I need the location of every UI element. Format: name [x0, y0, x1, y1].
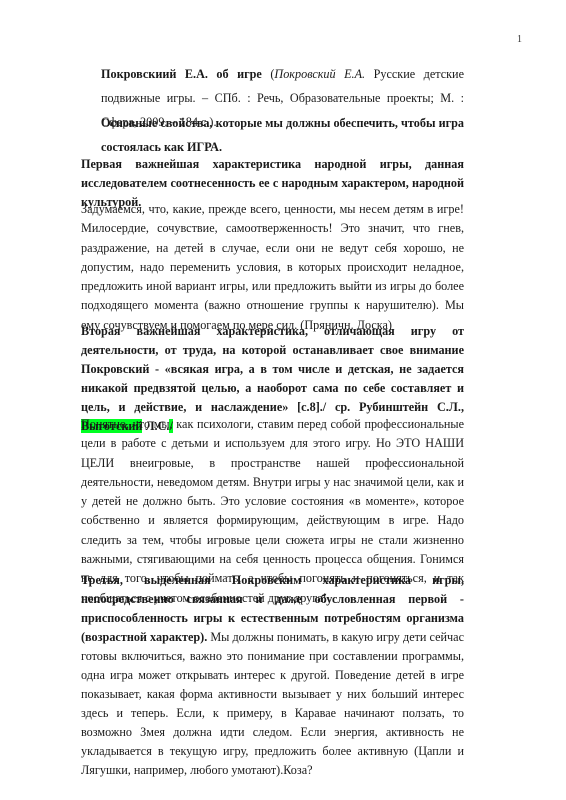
third-characteristic-text: Мы должны понимать, в какую игру дети се… — [81, 630, 464, 777]
bibliography-open: ( — [262, 67, 275, 81]
page-number: 1 — [517, 34, 522, 45]
bibliography-title: Покровскиий Е.А. об игре — [101, 67, 262, 81]
paragraph-third-characteristic: Третья, выделенная Покровским характерис… — [81, 571, 464, 780]
second-characteristic-text: Вторая важнейшая характеристика, отличаю… — [81, 324, 464, 414]
bibliography-author: Покровский Е.А. — [274, 67, 365, 81]
paragraph-values: Задумаемся, что, какие, прежде всего, це… — [81, 200, 464, 335]
paragraph-main-properties: Основные свойства, которые мы должны обе… — [101, 111, 464, 159]
